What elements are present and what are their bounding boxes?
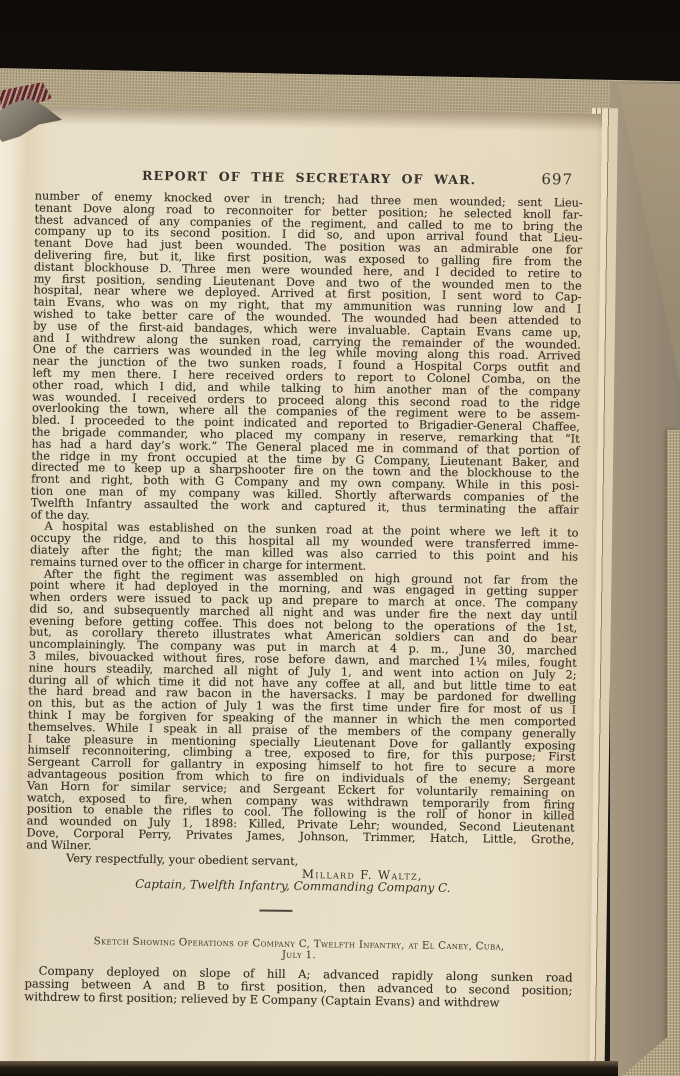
section-heading: Sketch Showing Operations of Company C, …: [25, 935, 573, 964]
page-number: 697: [541, 170, 573, 188]
book-page: REPORT OF THE SECRETARY OF WAR. 697 numb…: [0, 106, 602, 1070]
sketch-paragraph: Company deployed on slope of hill A; adv…: [24, 964, 572, 1011]
letter-body: number of enemy knocked over in trench; …: [26, 190, 583, 896]
page-bottom-shadow: [0, 1061, 618, 1076]
running-header-title: REPORT OF THE SECRETARY OF WAR.: [109, 167, 509, 187]
section-divider: [259, 909, 292, 911]
scanned-book-photo: REPORT OF THE SECRETARY OF WAR. 697 numb…: [0, 0, 680, 1076]
book-cover-cloth-right: [667, 430, 680, 1076]
